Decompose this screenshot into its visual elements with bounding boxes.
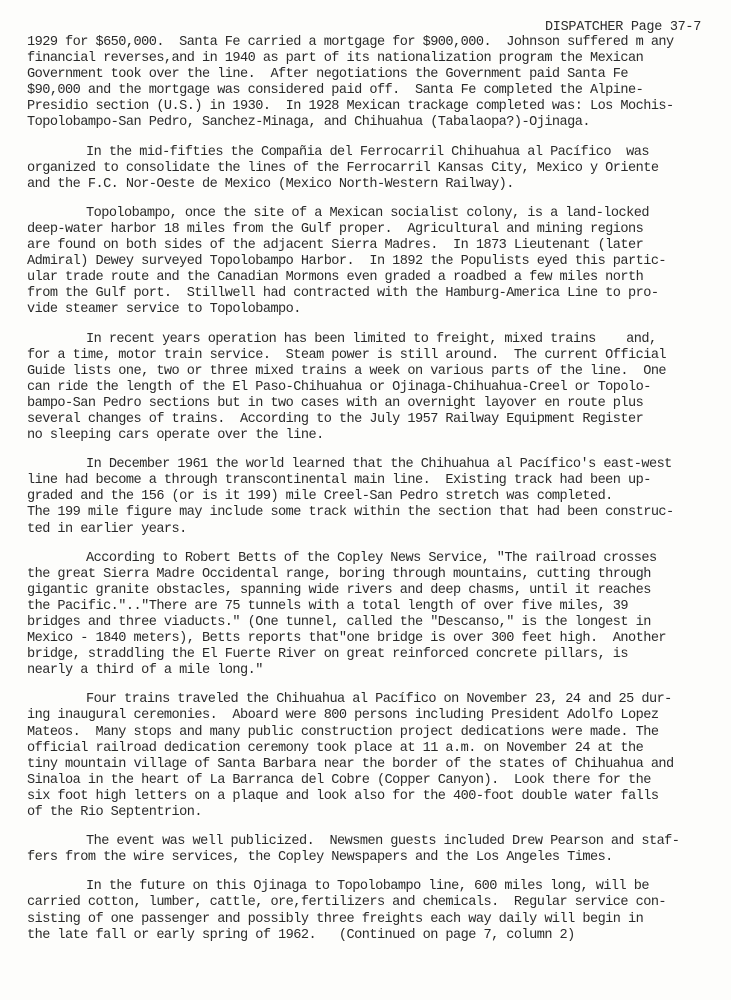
text-line: Presidio section (U.S.) in 1930. In 1928…	[27, 99, 727, 115]
paragraph: According to Robert Betts of the Copley …	[27, 551, 727, 680]
text-line: for a time, motor train service. Steam p…	[27, 348, 727, 364]
text-line: $90,000 and the mortgage was considered …	[27, 83, 727, 99]
text-line: In the future on this Ojinaga to Topolob…	[27, 879, 727, 895]
text-line: Admiral) Dewey surveyed Topolobampo Harb…	[27, 254, 727, 270]
text-line: fers from the wire services, the Copley …	[27, 850, 727, 866]
text-line: The event was well publicized. Newsmen g…	[27, 834, 727, 850]
text-line: line had become a through transcontinent…	[27, 473, 727, 489]
paragraph: Topolobampo, once the site of a Mexican …	[27, 206, 727, 319]
text-line: from the Gulf port. Stillwell had contra…	[27, 286, 727, 302]
text-line: can ride the length of the El Paso-Chihu…	[27, 380, 727, 396]
text-line: ular trade route and the Canadian Mormon…	[27, 270, 727, 286]
text-line: financial reverses,and in 1940 as part o…	[27, 51, 727, 67]
text-line: bampo-San Pedro sections but in two case…	[27, 396, 727, 412]
text-line: Sinaloa in the heart of La Barranca del …	[27, 773, 727, 789]
text-line: are found on both sides of the adjacent …	[27, 238, 727, 254]
paragraph: In recent years operation has been limit…	[27, 332, 727, 445]
paragraph: The event was well publicized. Newsmen g…	[27, 834, 727, 866]
paragraph: In December 1961 the world learned that …	[27, 457, 727, 537]
text-line: ing inaugural ceremonies. Aboard were 80…	[27, 708, 727, 724]
text-line: the late fall or early spring of 1962. (…	[27, 928, 727, 944]
text-line: organized to consolidate the lines of th…	[27, 161, 727, 177]
text-line: tiny mountain village of Santa Barbara n…	[27, 757, 727, 773]
text-line: gigantic granite obstacles, spanning wid…	[27, 583, 727, 599]
text-line: Guide lists one, two or three mixed trai…	[27, 364, 727, 380]
text-line: the great Sierra Madre Occidental range,…	[27, 567, 727, 583]
text-line: sisting of one passenger and possibly th…	[27, 912, 727, 928]
text-line: deep-water harbor 18 miles from the Gulf…	[27, 222, 727, 238]
paragraph: 1929 for $650,000. Santa Fe carried a mo…	[27, 35, 727, 132]
text-line: Topolobampo, once the site of a Mexican …	[27, 206, 727, 222]
text-line: no sleeping cars operate over the line.	[27, 428, 727, 444]
text-line: Four trains traveled the Chihuahua al Pa…	[27, 692, 727, 708]
text-line: several changes of trains. According to …	[27, 412, 727, 428]
text-line: Government took over the line. After neg…	[27, 67, 727, 83]
text-line: nearly a third of a mile long."	[27, 663, 727, 679]
text-line: and the F.C. Nor-Oeste de Mexico (Mexico…	[27, 177, 727, 193]
text-line: In the mid-fifties the Compañia del Ferr…	[27, 145, 727, 161]
page-header: DISPATCHER Page 37-7	[545, 20, 701, 35]
text-line: Mateos. Many stops and many public const…	[27, 725, 727, 741]
text-line: official railroad dedication ceremony to…	[27, 741, 727, 757]
text-line: of the Rio Septentrion.	[27, 805, 727, 821]
text-line: Topolobampo-San Pedro, Sanchez-Minaga, a…	[27, 115, 727, 131]
text-line: the Pacific.".."There are 75 tunnels wit…	[27, 599, 727, 615]
paragraph: In the mid-fifties the Compañia del Ferr…	[27, 145, 727, 193]
document-body: 1929 for $650,000. Santa Fe carried a mo…	[27, 35, 727, 957]
paragraph: Four trains traveled the Chihuahua al Pa…	[27, 692, 727, 821]
text-line: The 199 mile figure may include some tra…	[27, 505, 727, 521]
text-line: six foot high letters on a plaque and lo…	[27, 789, 727, 805]
text-line: 1929 for $650,000. Santa Fe carried a mo…	[27, 35, 727, 51]
text-line: carried cotton, lumber, cattle, ore,fert…	[27, 895, 727, 911]
text-line: ted in earlier years.	[27, 522, 727, 538]
text-line: vide steamer service to Topolobampo.	[27, 302, 727, 318]
text-line: graded and the 156 (or is it 199) mile C…	[27, 489, 727, 505]
text-line: In recent years operation has been limit…	[27, 332, 727, 348]
text-line: bridge, straddling the El Fuerte River o…	[27, 647, 727, 663]
text-line: bridges and three viaducts." (One tunnel…	[27, 615, 727, 631]
text-line: Mexico - 1840 meters), Betts reports tha…	[27, 631, 727, 647]
paragraph: In the future on this Ojinaga to Topolob…	[27, 879, 727, 943]
text-line: In December 1961 the world learned that …	[27, 457, 727, 473]
text-line: According to Robert Betts of the Copley …	[27, 551, 727, 567]
